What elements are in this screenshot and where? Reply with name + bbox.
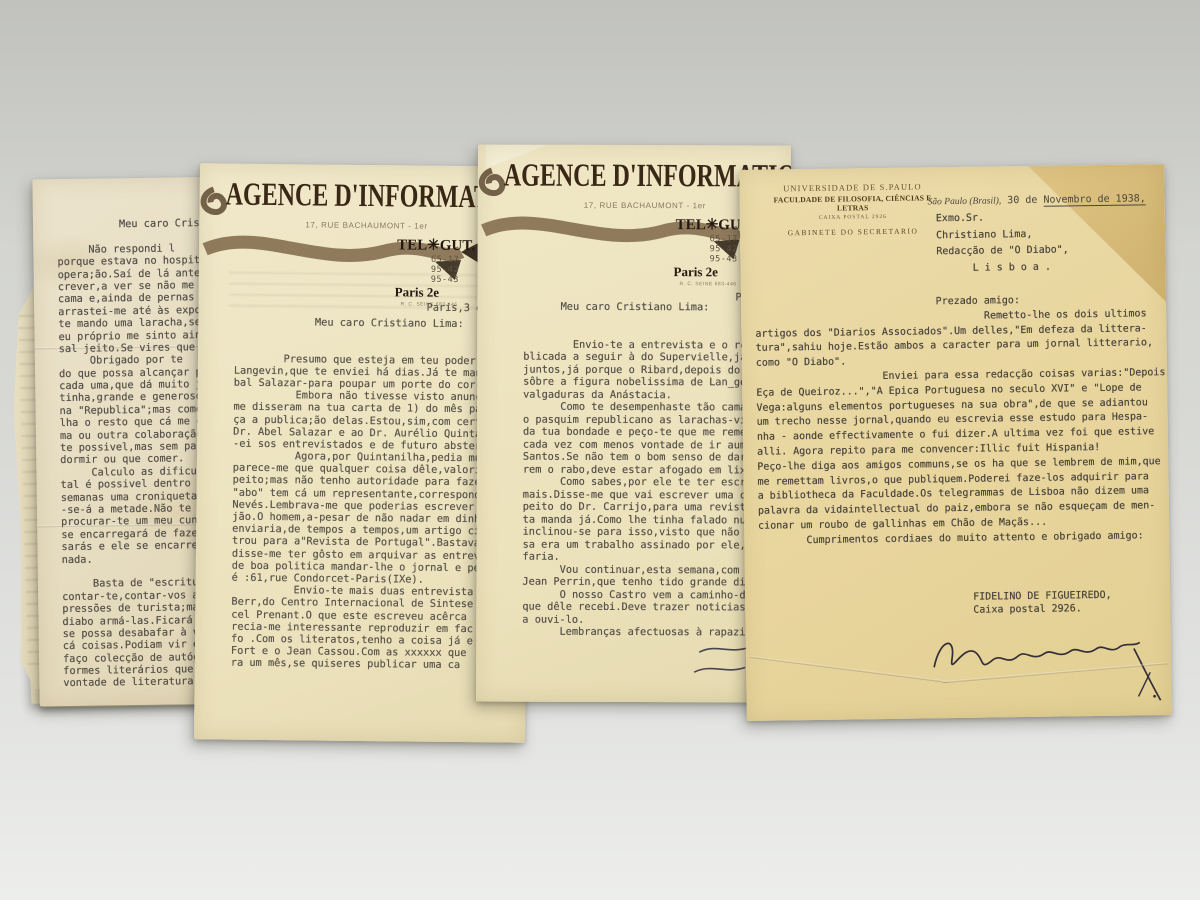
university-letter: UNIVERSIDADE DE S.PAULO FACULDADE DE FIL… [739,164,1172,721]
agency-telephone-label: TEL✳GUT. [397,235,475,255]
dateline-date: Novembro de 1938, [1043,193,1146,206]
agency-address: 17, RUE BACHAUMONT - 1er [584,201,706,210]
letter4-body: Prezado amigo: Remetto-lhe os dois ultim… [755,292,1172,549]
po-box: CAIXA POSTAL 2926 [758,213,948,222]
university-letterhead: UNIVERSIDADE DE S.PAULO FACULDADE DE FIL… [757,181,948,238]
typed-line: Redacção de "O Diabo", [936,242,1069,260]
typed-line: O nosso Castro vem a caminho-deveri [522,588,782,601]
handwritten-signature [925,612,1166,707]
agency-phone-numbers: 65-1795-4295-43 [710,234,738,264]
typed-line: Exmo.Sr. [936,209,1069,227]
letter2-body: Meu caro Cristiano Lima: Presumo que est… [231,316,501,672]
typed-line: 95-42 [710,244,738,254]
typed-line: 65-17 [710,234,738,244]
typed-line: Lembranças afectuosas à rapaziada e [522,626,782,639]
typed-line: a ouvi-lo. [522,613,782,626]
letters-photo-scene: Meu caro Crist Não respondi lporque esta… [0,0,1200,900]
agency-address: 17, RUE BACHAUMONT - 1er [305,220,427,230]
agency-registry: R. C. SEINE 683-446 [679,281,736,287]
agency-city: Paris 2e [674,264,718,280]
typed-line: FIDELINO DE FIGUEIREDO, [973,589,1112,604]
typed-line: ra um mês,se quiseres publicar uma ca [231,657,498,672]
letter4-dateline: São Paulo (Brasil), 30 de Novembro de 19… [927,188,1145,209]
typed-line: Christiano Lima, [936,226,1069,244]
typed-line: L i s b o a . [936,259,1069,277]
typed-line: 95-43 [710,254,738,264]
fold-crease [750,656,949,683]
typed-line: Jean Perrin,que tenho tido grande dificu… [522,576,782,589]
dateline-typed: 30 de [1001,195,1043,207]
typed-line: que dêle recebi.Deve trazer noticias fre… [522,601,782,614]
office-name: GABINETE DO SECRETARIO [758,226,948,238]
dateline-printed: São Paulo (Brasil), [928,196,1002,207]
faculty-name: FACULDADE DE FILOSOFIA, CIÊNCIAS E LETRA… [758,193,948,214]
typed-line: 65-17 [431,255,459,265]
university-name: UNIVERSIDADE DE S.PAULO [757,181,947,194]
recipient-block: Exmo.Sr.Christiano Lima,Redacção de "O D… [936,209,1069,277]
